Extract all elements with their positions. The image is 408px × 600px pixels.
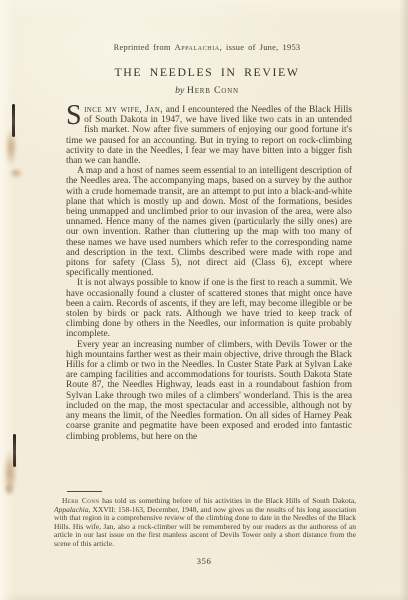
rust-stain — [5, 128, 17, 166]
footnote-text-2: XXVII: 158-163, December, 1948, and now … — [54, 505, 356, 548]
reprint-suffix: , issue of June, 1953 — [220, 43, 301, 52]
journal-name: Appalachia — [175, 43, 220, 52]
paragraph-2: A map and a host of names seem essential… — [66, 166, 352, 278]
editor-footnote: Herb Conn has told us something before o… — [54, 497, 356, 548]
paragraph-4: Every year an increasing number of climb… — [66, 340, 352, 442]
paragraph-1: Since my wife, Jan, and I encountered th… — [66, 105, 352, 166]
byline-by: by — [175, 85, 187, 96]
footnote-rule — [67, 491, 102, 492]
drop-cap: S — [66, 105, 82, 126]
document-page: Reprinted from Appalachia, issue of June… — [0, 0, 408, 600]
rust-stain — [9, 168, 23, 178]
paragraph-1-text: and I encountered the Needles of the Bla… — [66, 105, 352, 166]
page-number: 356 — [54, 556, 354, 566]
article-title: THE NEEDLES IN REVIEW — [54, 65, 360, 80]
reprint-prefix: Reprinted from — [114, 43, 175, 52]
reprint-credit-line: Reprinted from Appalachia, issue of June… — [62, 43, 352, 52]
article-body: Since my wife, Jan, and I encountered th… — [66, 105, 352, 442]
byline-author: Herb Conn — [187, 85, 239, 96]
rust-stain — [4, 482, 14, 496]
paragraph-3: It is not always possible to know if one… — [66, 278, 352, 339]
paragraph-1-opener: ince my wife, Jan, — [84, 105, 163, 115]
byline: by Herb Conn — [54, 85, 360, 96]
